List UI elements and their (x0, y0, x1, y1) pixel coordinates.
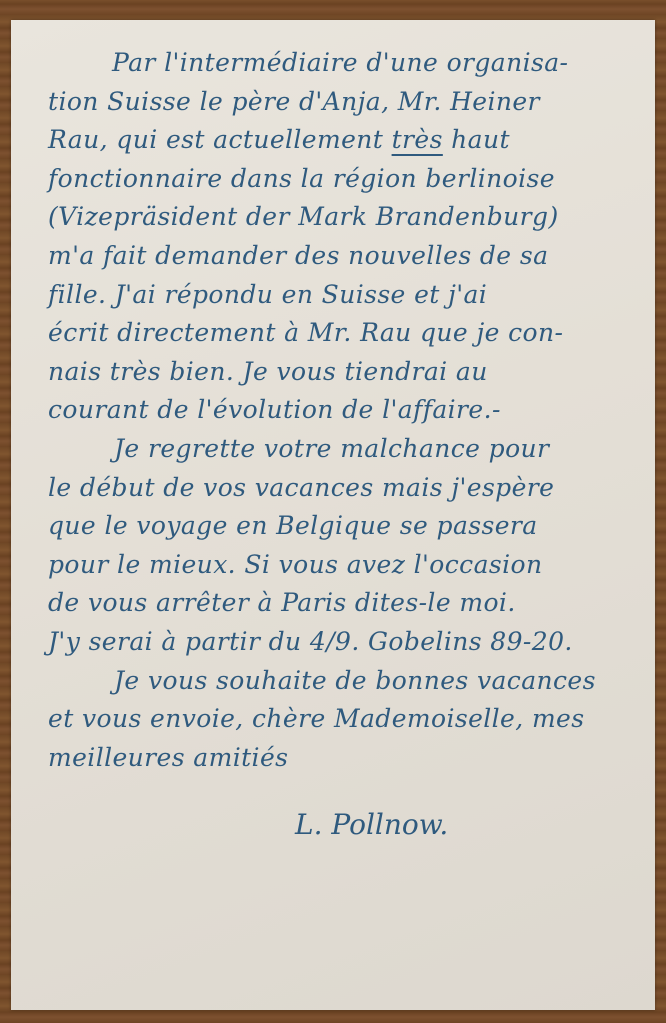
letter-line-19: meilleures amitiés (48, 739, 648, 778)
letter-line-4: fonctionnaire dans la région berlinoise (48, 160, 648, 199)
letter-line-10: courant de l'évolution de l'affaire.- (48, 391, 648, 430)
letter-line-7: fille. J'ai répondu en Suisse et j'ai (48, 276, 648, 315)
letter-body: Par l'intermédiaire d'une organisa- tion… (48, 44, 648, 777)
letter-line-3-text: Rau, qui est actuellement (48, 125, 392, 154)
letter-line-5: (Vizepräsident der Mark Brandenburg) (48, 198, 648, 237)
letter-line-15: de vous arrêter à Paris dites-le moi. (48, 584, 648, 623)
letter-line-9: nais très bien. Je vous tiendrai au (48, 353, 648, 392)
letter-line-8: écrit directement à Mr. Rau que je con- (48, 314, 648, 353)
letter-line-16: J'y serai à partir du 4/9. Gobelins 89-2… (48, 623, 648, 662)
underlined-word: très (392, 125, 443, 154)
letter-line-13: que le voyage en Belgique se passera (48, 507, 648, 546)
letter-line-6: m'a fait demander des nouvelles de sa (48, 237, 648, 276)
letter-line-2: tion Suisse le père d'Anja, Mr. Heiner (48, 83, 648, 122)
letter-line-11: Je regrette votre malchance pour (48, 430, 648, 469)
signature: L. Pollnow. (295, 808, 448, 841)
letter-line-3-tail: haut (443, 125, 510, 154)
letter-line-1: Par l'intermédiaire d'une organisa- (48, 44, 648, 83)
letter-line-12: le début de vos vacances mais j'espère (48, 469, 648, 508)
letter-line-14: pour le mieux. Si vous avez l'occasion (48, 546, 648, 585)
letter-line-17: Je vous souhaite de bonnes vacances (48, 662, 648, 701)
letter-line-3: Rau, qui est actuellement très haut (48, 121, 648, 160)
letter-line-18: et vous envoie, chère Mademoiselle, mes (48, 700, 648, 739)
